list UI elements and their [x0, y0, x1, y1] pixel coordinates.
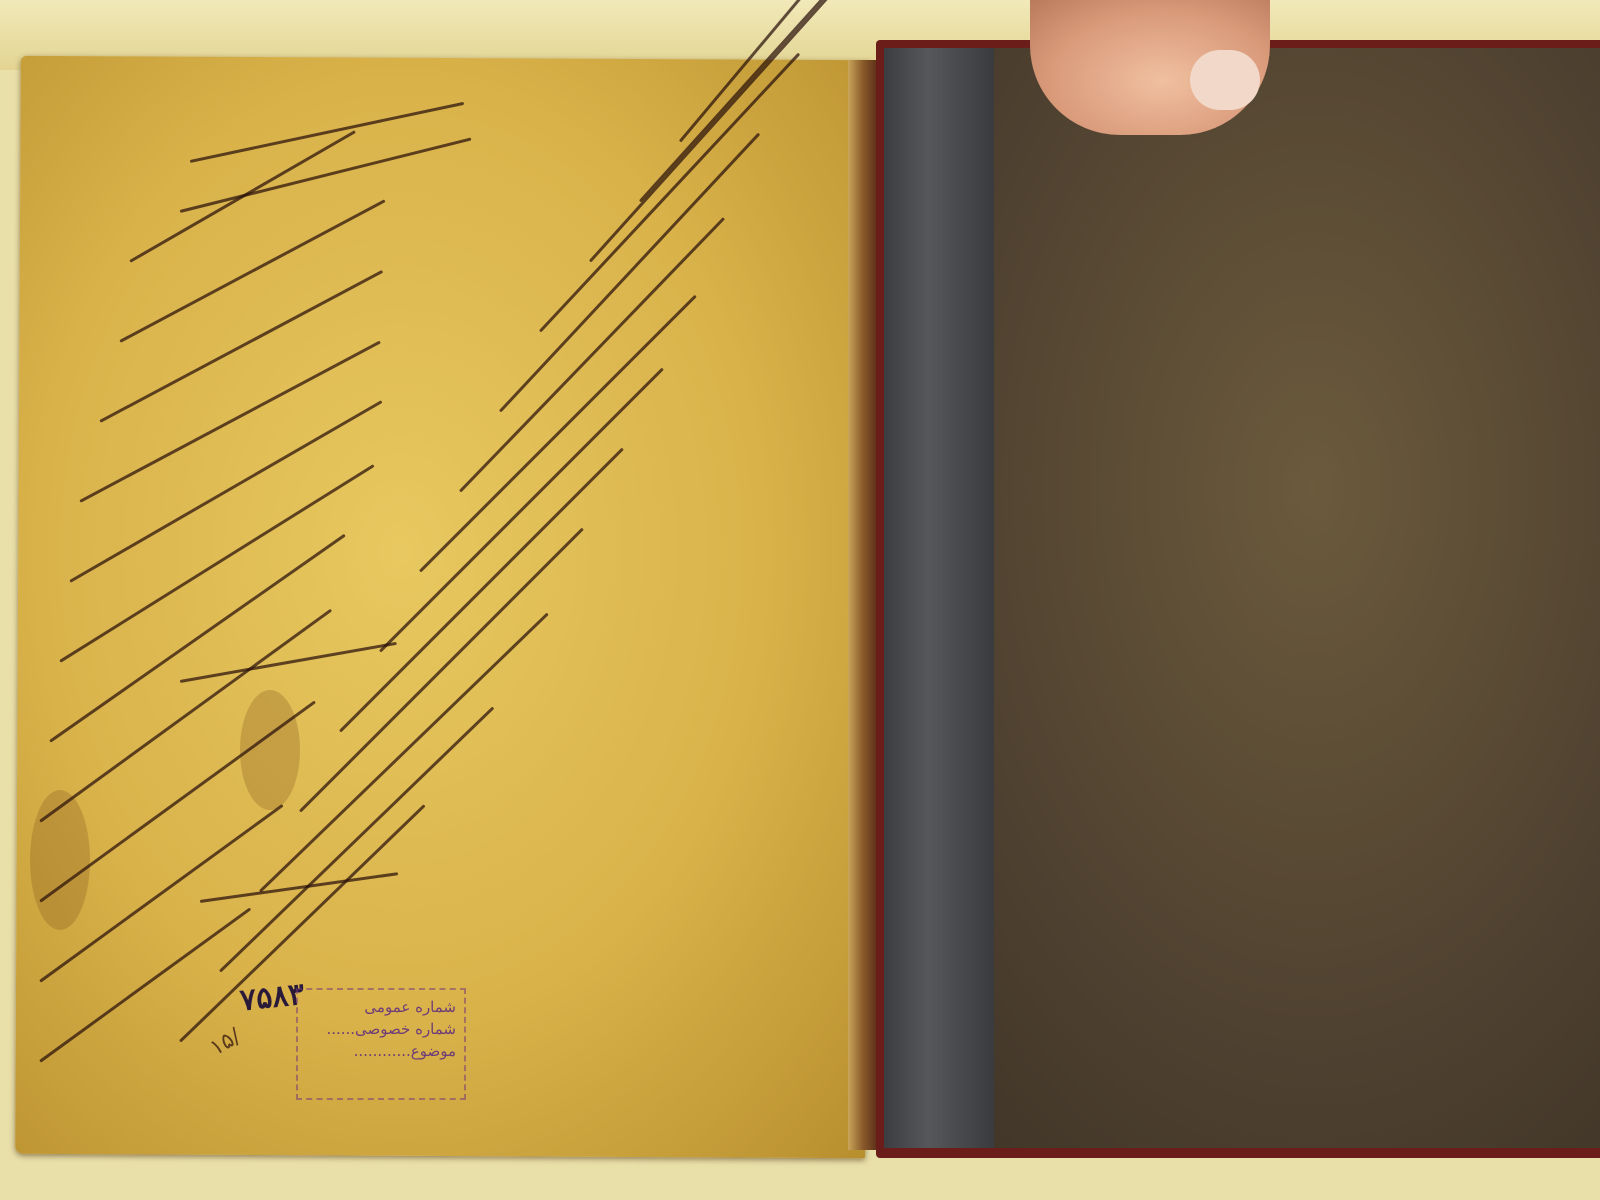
handwritten-text-block [40, 80, 840, 1140]
cloth-spine [884, 48, 994, 1148]
general-number-label: شماره عمومی [306, 998, 456, 1016]
page-block-edge [848, 60, 878, 1150]
private-number-label: شماره خصوصی...... [306, 1020, 456, 1038]
subject-label: موضوع............ [306, 1042, 456, 1060]
library-stamp: شماره عمومی شماره خصوصی...... موضوع.....… [296, 988, 466, 1100]
thumbnail [1190, 50, 1260, 110]
